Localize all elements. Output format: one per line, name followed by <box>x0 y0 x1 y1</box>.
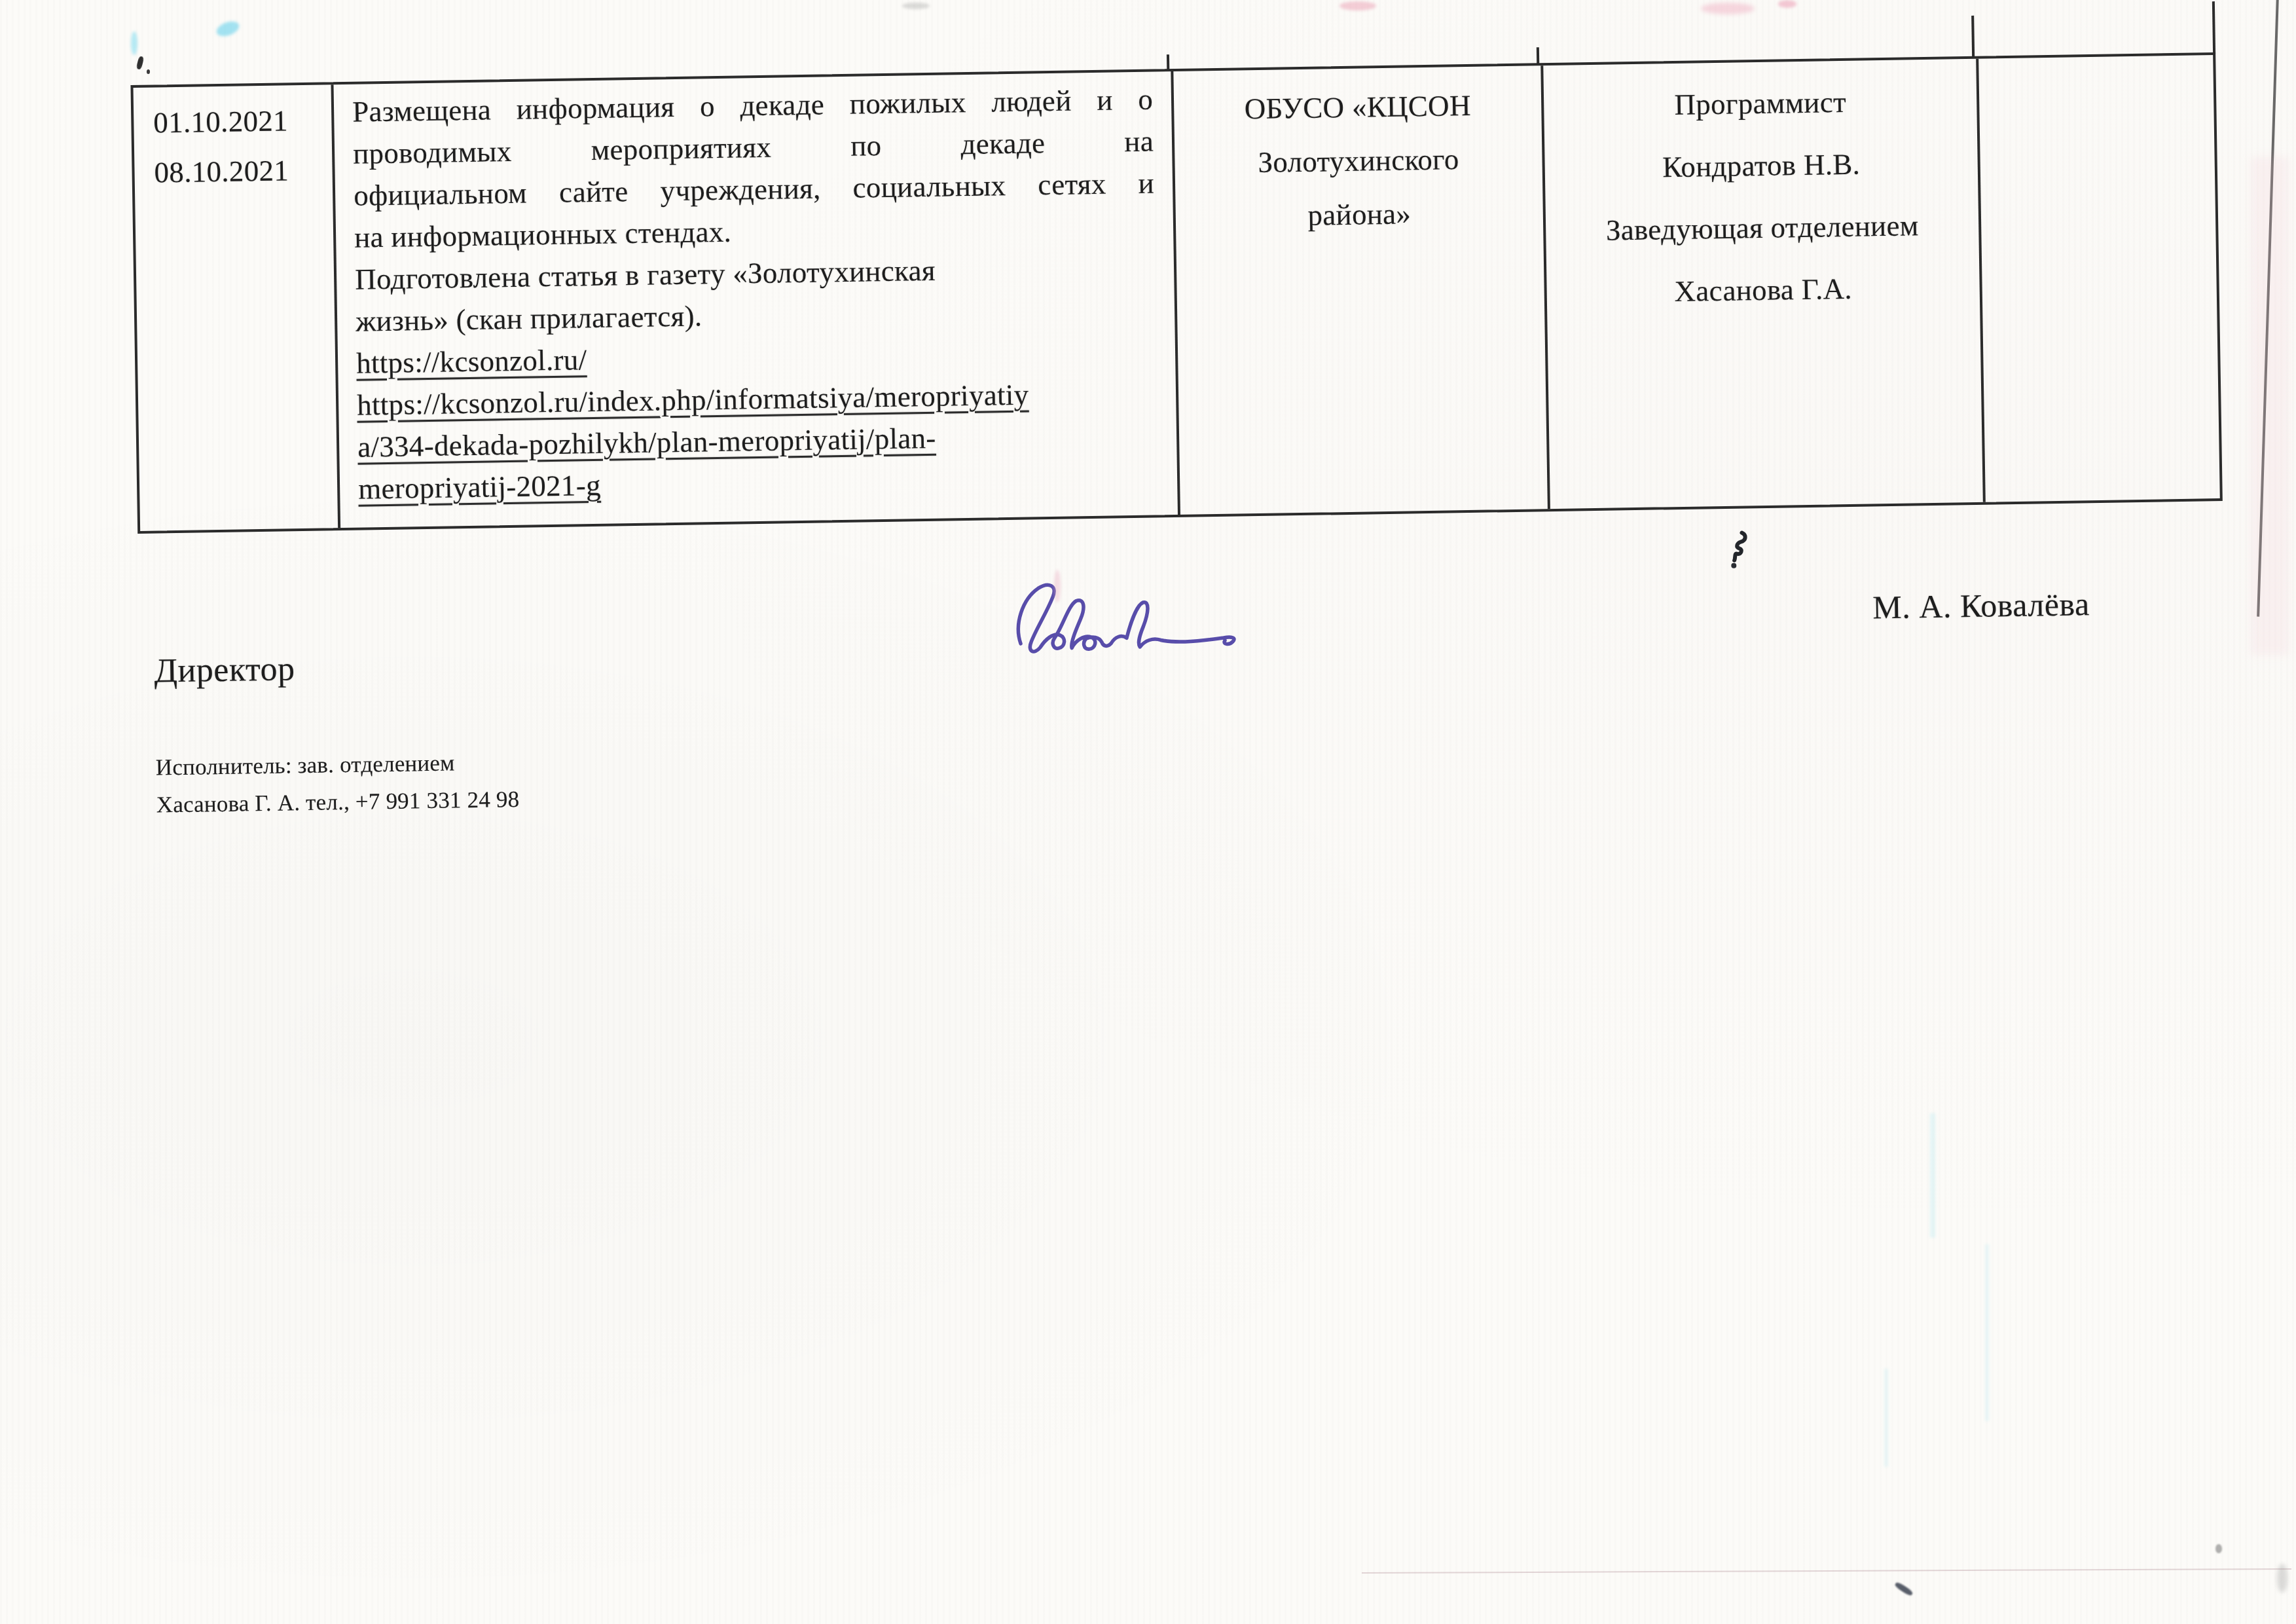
cell-empty <box>1976 55 2225 502</box>
executor-contact: Хасанова Г. А. тел., +7 991 331 24 98 <box>156 781 519 824</box>
scan-content: 01.10.2021 08.10.2021 Размещена информац… <box>0 0 2296 1624</box>
table-grid-stub <box>1971 16 1975 58</box>
organization-line: ОБУСО «КЦСОН <box>1190 78 1526 137</box>
organization-line: Золотухинского <box>1190 132 1527 191</box>
cell-description: Размещена информация о декаде пожилых лю… <box>331 71 1178 528</box>
cell-dates: 01.10.2021 08.10.2021 <box>134 84 338 531</box>
report-table: 01.10.2021 08.10.2021 Размещена информац… <box>130 52 2222 534</box>
ink-blot <box>1727 530 1754 572</box>
executor-role: Исполнитель: зав. отделением <box>155 743 519 786</box>
responsible-line: Программист <box>1556 69 1965 138</box>
table-grid-stub <box>2212 1 2215 54</box>
responsible-line: Хасанова Г.А. <box>1558 256 1968 325</box>
table-grid-stub <box>1537 47 1539 64</box>
date-start: 01.10.2021 <box>153 95 325 147</box>
director-name: М. А. Ковалёва <box>1872 585 2090 626</box>
executor-block: Исполнитель: зав. отделением Хасанова Г.… <box>155 743 519 824</box>
responsible-line: Заведующая отделением <box>1558 194 1967 263</box>
director-title: Директор <box>154 650 295 690</box>
cell-responsible: Программист Кондратов Н.В. Заведующая от… <box>1540 59 1983 509</box>
article-link-line[interactable]: meropriyatij-2021-g <box>358 464 602 510</box>
date-end: 08.10.2021 <box>154 145 326 197</box>
responsible-line: Кондратов Н.В. <box>1556 132 1966 200</box>
table-grid-stub <box>1167 54 1169 70</box>
director-signature <box>1001 561 1258 670</box>
cell-organization: ОБУСО «КЦСОН Золотухинского района» <box>1171 65 1548 515</box>
organization-line: района» <box>1191 185 1527 244</box>
scanned-document-page: 01.10.2021 08.10.2021 Размещена информац… <box>0 0 2296 1624</box>
